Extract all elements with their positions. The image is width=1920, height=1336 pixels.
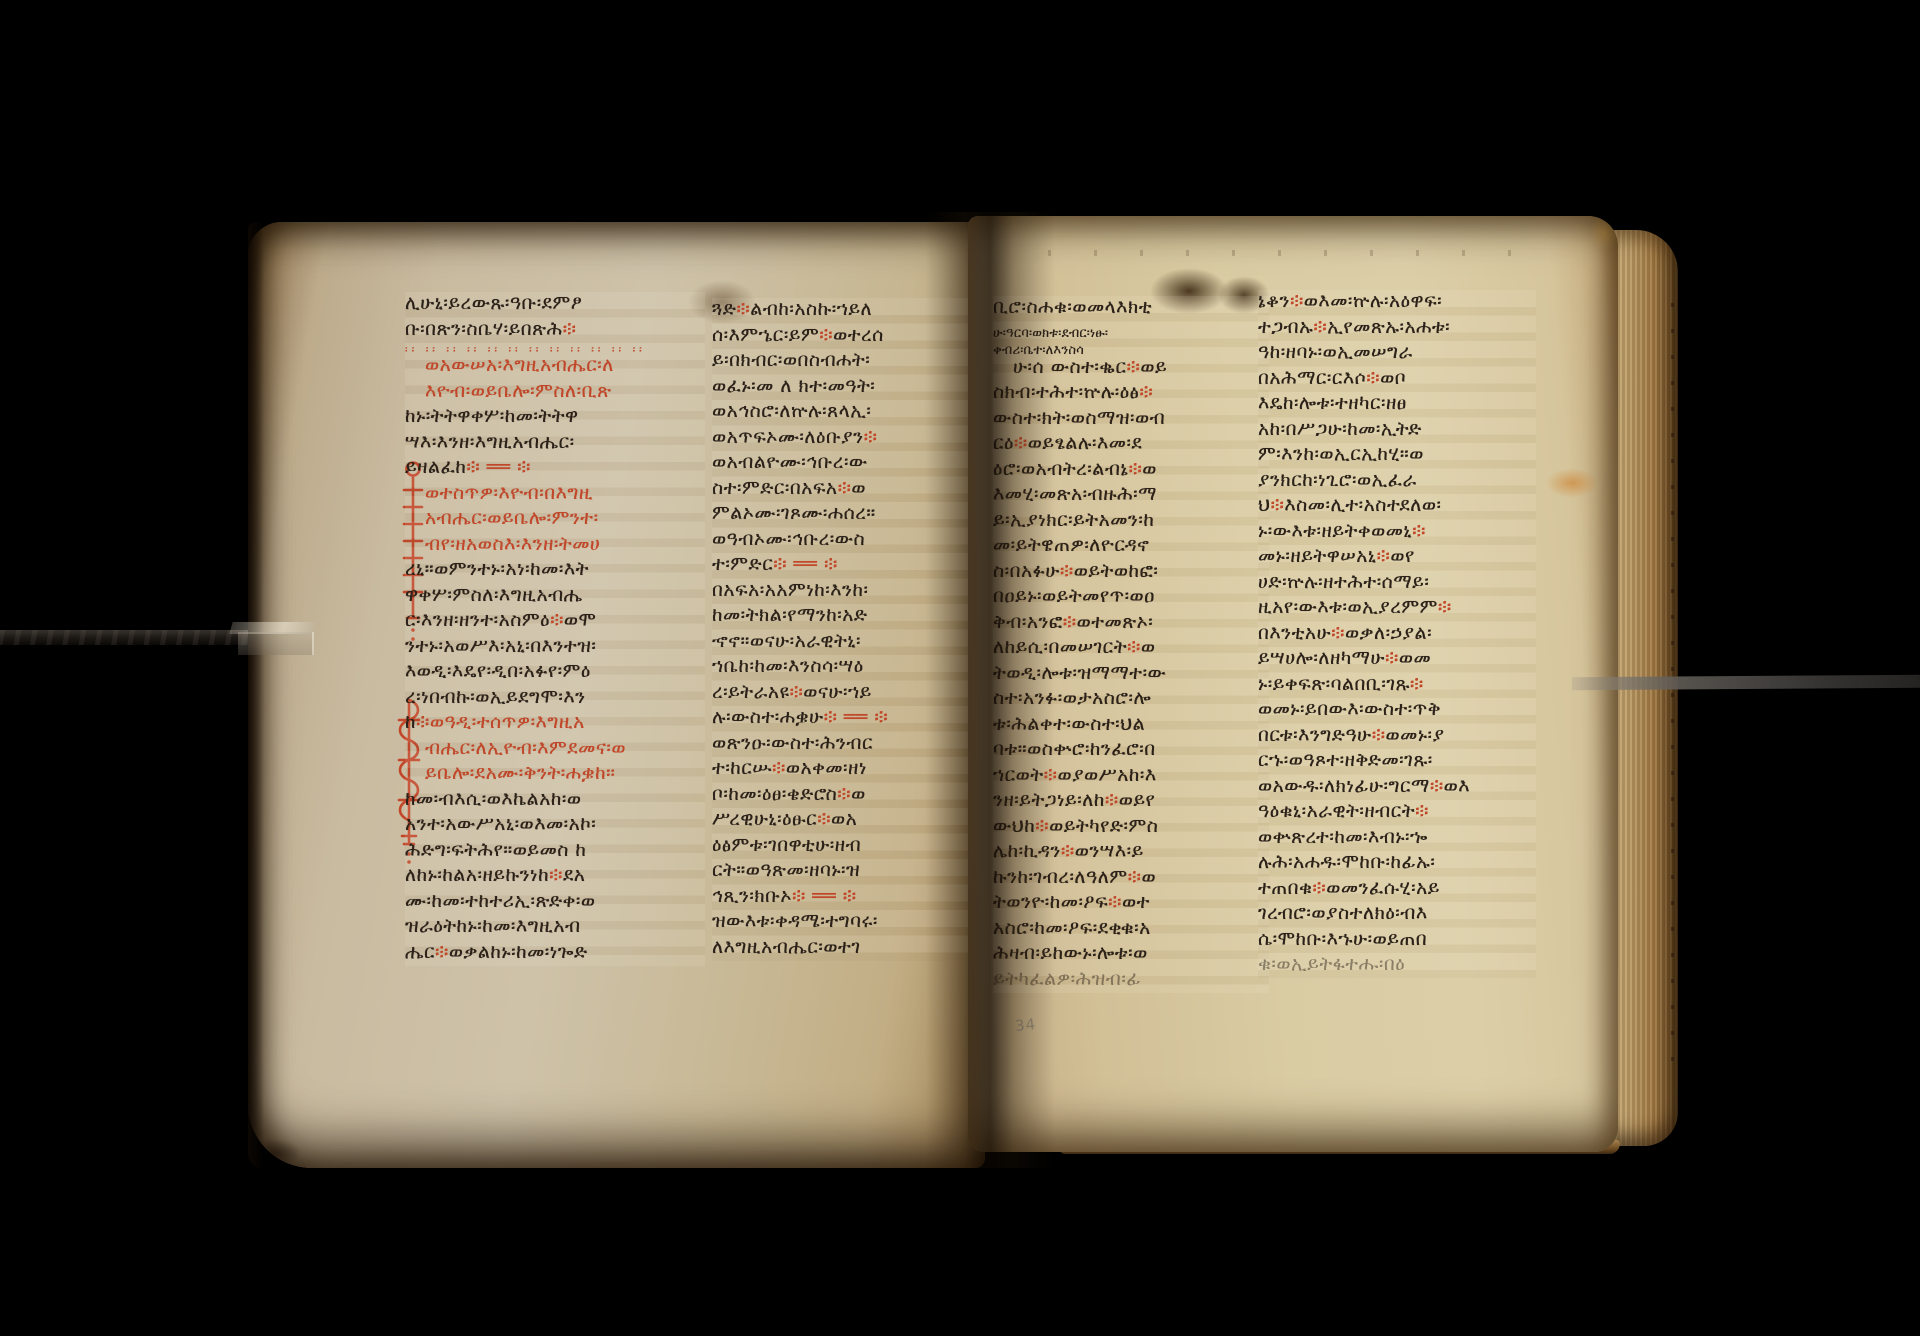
text-line: ይቤሎ፡ደአሙ፡ቅንት፡ሐቌከ። bbox=[425, 762, 705, 788]
ink-text: ዓከ፡ዘባኑ፡ወኢመሠግራ bbox=[1258, 341, 1413, 363]
rubric-text: እዮብ፡ወይቤሎ፡ምስለ፡ቢጽ bbox=[425, 380, 611, 402]
ink-text: ውስተ፡ክት፡ወስማዝ፡ወብ bbox=[993, 407, 1165, 429]
rubric-text: ፨ bbox=[1061, 840, 1075, 862]
ink-text: ወተረሰ bbox=[833, 324, 884, 346]
ink-text: ሕድግ፡ፍትሕየ።ወይመስ ከ bbox=[405, 839, 586, 861]
ink-text: ዚአየ፡ውእቱ፡ወኢያረምም bbox=[1258, 596, 1438, 618]
ink-text: ውህከ bbox=[993, 815, 1035, 837]
page-clip-left-front bbox=[238, 632, 314, 655]
ink-text: ኔቆን bbox=[1258, 290, 1290, 312]
text-line: ውስተ፡ክት፡ወስማዝ፡ወብ bbox=[993, 407, 1269, 433]
text-line: ዓዕቁኒ፡አራዊት፡ዘብርት፨ bbox=[1258, 800, 1536, 826]
text-line: ቡ፡በጽን፡ስቤሃ፡ይበጽሕ፨ bbox=[405, 318, 705, 344]
ink-text: ወዓብኦሙ፡ኅቡረ፡ውስ bbox=[712, 528, 865, 550]
ink-text: ወመኑ፡ይበውእ፡ውስተ፡ጥቅ bbox=[1258, 698, 1441, 720]
text-line: ተጋብኡ፨ኢየመጽኡ፡አሐቱ፡ bbox=[1258, 316, 1536, 342]
text-line: ስተ፡አንፉ፡ወታአስሮ፡ሎ bbox=[993, 687, 1269, 713]
rubric-text: ፨ bbox=[1014, 432, 1028, 454]
text-line: ብሔር፡ለኢዮብ፡እምደመና፡ወ bbox=[425, 737, 705, 763]
rubric-text: ፨ bbox=[1430, 775, 1444, 797]
text-line: ሥረዊሁኒ፡ዕፁር፨ወአ bbox=[712, 808, 980, 834]
right-page: ቢሮ፡ስሐቁ፡ወመላእክቲሁ፡ዓርባ፡ወክቱ፡ደብር፡ነፁ፡ቀብሪ፡ቤተ፡ለእን… bbox=[968, 216, 1618, 1152]
ink-text: ርኁ፡ወዓጾተ፡ዘቅድመ፡ገጹ፡ bbox=[1258, 749, 1433, 771]
text-line: ሴ፡ሞከቡ፡እኁሁ፡ወይጠበ bbox=[1258, 928, 1536, 954]
ink-text: ሉ፡ውስተ፡ሐቌሁ bbox=[712, 706, 824, 728]
text-line: ከመ፡ትክል፡የማንከ፡አድ bbox=[712, 604, 980, 630]
text-line: ረ፡ይትራአዩ፨ወናሁ፡ኀይ bbox=[712, 681, 980, 707]
text-line: ቁ፡ወኢይትፋተሑ፡በዕ bbox=[1258, 953, 1536, 979]
text-line: ወአጥፍኦሙ፡ለዕቡያን፨ bbox=[712, 426, 980, 452]
rubric-text: ፨ bbox=[550, 609, 564, 631]
text-line: ከ፨ወዓዲ፡ተሰጥዎ፡እግዚአ bbox=[405, 711, 705, 737]
ink-text: ወሞ bbox=[564, 609, 597, 631]
rubric-text: ፨ bbox=[563, 318, 577, 340]
ink-text: ረ፡ይትራአዩ bbox=[712, 681, 789, 703]
rubric-text: ፨ bbox=[1377, 545, 1391, 567]
ink-text: ከ bbox=[405, 711, 416, 733]
rubric-text: ብሔር፡ለኢዮብ፡እምደመና፡ወ bbox=[425, 737, 626, 759]
text-line: ተ፡ከርሡ፨ወአቀመ፡ዘነ bbox=[712, 757, 980, 783]
rubric-text: ፨ bbox=[838, 477, 852, 499]
ink-text: እመሂ፡መጽአ፡ብዙሕ፡ማ bbox=[993, 483, 1157, 505]
ink-text: ይዛልፈከ bbox=[405, 456, 466, 478]
text-line: ረኒ።ወምንተኑ፡አነ፡ከመ፡እት bbox=[405, 558, 705, 584]
ink-text: ወያወሥአከ፡እ bbox=[1057, 764, 1156, 786]
ink-text: ኑ፡ይቀፍጽ፡ባልበቢ፡ገጹ bbox=[1258, 673, 1410, 695]
ink-text: ዕሮ፡ወአብትረ፡ልብኔ bbox=[993, 458, 1128, 480]
text-line: ከኑ፡ትትዋቀሦ፡ከመ፡ትትዋ bbox=[405, 405, 705, 431]
ink-text: ኅጺን፡ክቡኦ bbox=[712, 885, 792, 907]
text-line: ወመኑ፡ይበውእ፡ውስተ፡ጥቅ bbox=[1258, 698, 1536, 724]
text-line: ትወዲ፡ሎቱ፡ዝማማተ፡ው bbox=[993, 662, 1269, 688]
rubric-text: ፨ bbox=[1372, 724, 1386, 746]
stain bbox=[1048, 250, 1548, 256]
ink-text: ስ፡በአፉሁ bbox=[993, 560, 1060, 582]
ink-text: ወ bbox=[851, 477, 866, 499]
text-line: ኅጺን፡ክቡኦ፨ ══ ፨ bbox=[712, 885, 980, 911]
text-line: ሊሁኒ፡ይረውጹ፡ዓቡ፡ደምፆ bbox=[405, 292, 705, 318]
ink-text: በአፍአ፡አአምነከ፡እንከ፡ bbox=[712, 579, 868, 601]
text-line: ወአውሠአ፡እግዚአብሔር፡ለ bbox=[425, 354, 705, 380]
rubric-text: አብሔር፡ወይቤሎ፡ምንተ፡ bbox=[425, 507, 599, 529]
ink-text: ሣእ፡እንዘ፡እግዚአብሔር፡ bbox=[405, 431, 575, 453]
text-line: ለእግዚአብሔር፡ወተገ bbox=[712, 936, 980, 962]
ink-text: ወቃለ፡ኃያል፡ bbox=[1345, 622, 1432, 644]
text-line: ንተኑ፡አወሥእ፡አኒ፡በእንተዝ፡ bbox=[405, 635, 705, 661]
rubric-text: ፨ bbox=[1060, 560, 1074, 582]
ink-text: ቡ፡በጽን፡ስቤሃ፡ይበጽሕ bbox=[405, 318, 563, 340]
rubric-text: ይቤሎ፡ደአሙ፡ቅንት፡ሐቌከ። bbox=[425, 762, 615, 784]
ink-text: ለከኑ፡ከልአ፡ዘይኩንነከ bbox=[405, 864, 549, 886]
ink-text: ከኑ፡ትትዋቀሦ፡ከመ፡ትትዋ bbox=[405, 405, 579, 427]
text-line: ወአውዱ፡ለክነፊሁ፡ግርማ፨ወእ bbox=[1258, 775, 1536, 801]
ink-text: ወይፄልሉ፡እመ፡ደ bbox=[1028, 432, 1143, 454]
text-line: ኀቤከ፡ከመ፡እንስሳ፡ሣዕ bbox=[712, 655, 980, 681]
text-line: ሁ፡ዓርባ፡ወክቱ፡ደብር፡ነፁ፡ bbox=[993, 322, 1269, 339]
rubric-text: ፨ bbox=[736, 298, 750, 320]
rubric-text: ፨ bbox=[1331, 622, 1345, 644]
ink-text: ይ፡በክብር፡ወበስብሐት፡ bbox=[712, 349, 870, 371]
rubric-text: ፨ bbox=[1415, 800, 1429, 822]
book-mount-cord bbox=[0, 630, 252, 645]
ink-text: ሁ፡ሰ ውስተ፡ቈር bbox=[1013, 356, 1126, 378]
left-page-column-1: ሊሁኒ፡ይረውጹ፡ዓቡ፡ደምፆቡ፡በጽን፡ስቤሃ፡ይበጽሕ፨፡፡ ፡፡ ፡፡ ፡… bbox=[405, 292, 705, 966]
text-line: እዮብ፡ወይቤሎ፡ምስለ፡ቢጽ bbox=[425, 380, 705, 406]
ink-text: አከ፡በሥጋሁ፡ከመ፡ኢትድ bbox=[1258, 418, 1422, 440]
photograph-background: ሊሁኒ፡ይረውጹ፡ዓቡ፡ደምፆቡ፡በጽን፡ስቤሃ፡ይበጽሕ፨፡፡ ፡፡ ፡፡ ፡… bbox=[0, 0, 1920, 1336]
rubric-text: ፨ bbox=[1128, 458, 1142, 480]
ink-text: ተጋብኡ bbox=[1258, 316, 1313, 338]
ink-text: ይ፡ኢያነክር፡ይትአመን፡ከ bbox=[993, 509, 1154, 531]
ink-text: ቢሮ፡ስሐቁ፡ወመላእክቲ bbox=[993, 296, 1152, 318]
text-line: ሌከ፡ኪዳን፨ወንሣእ፡ይ bbox=[993, 840, 1269, 866]
text-line: ጓድ፨ልብከ፡አስኩ፡ኀይለ bbox=[712, 298, 980, 324]
rubric-text: ፨ bbox=[1063, 611, 1077, 633]
text-line: ርት።ወዓጽመ፡ዘባኑ፡ዝ bbox=[712, 859, 980, 885]
text-line: ገረብሮ፡ወያስተለክዕ፡ብእ bbox=[1258, 902, 1536, 928]
ink-text: ዝውእቱ፡ቀዳሜ፡ተግባሩ፡ bbox=[712, 910, 878, 932]
ink-text: መኑ፡ዘይትዋሠአኒ bbox=[1258, 545, 1377, 567]
text-line: ኑ፡ይቀፍጽ፡ባልበቢ፡ገጹ፨ bbox=[1258, 673, 1536, 699]
text-line: ፡፡ ፡፡ ፡፡ ፡፡ ፡፡ ፡፡ ፡፡ ፡፡ ፡፡ ፡፡ ፡፡ ፡፡ bbox=[405, 343, 705, 354]
text-line: ስተ፡ምድር፡በአፍአ፨ወ bbox=[712, 477, 980, 503]
ink-text: ር፡እንዘ፡ዘንተ፡አስምዕ bbox=[405, 609, 550, 631]
ink-text: ንዘ፡ይትጋነይ፡ለከ bbox=[993, 789, 1105, 811]
rubric-text: ፨ ══ ፨ bbox=[792, 885, 857, 907]
rubric-text: ፨ bbox=[1385, 647, 1399, 669]
ink-text: ወ bbox=[1142, 458, 1157, 480]
left-page: ሊሁኒ፡ይረውጹ፡ዓቡ፡ደምፆቡ፡በጽን፡ስቤሃ፡ይበጽሕ፨፡፡ ፡፡ ፡፡ ፡… bbox=[248, 222, 985, 1168]
text-line: ይሣሀሎ፡ለዘካማሁ፨ወመ bbox=[1258, 647, 1536, 673]
rubric-text: ፨ ══ ፨ bbox=[466, 456, 531, 478]
rubric-text: ፨ bbox=[1271, 494, 1285, 516]
text-line: መ፡ይትዌጠዎ፡ለዮርዳኖ bbox=[993, 534, 1269, 560]
pencil-folio-number: 34 bbox=[1014, 1015, 1037, 1035]
text-line: ይዛልፈከ፨ ══ ፨ bbox=[405, 456, 705, 482]
text-line: ሉ፡ውስተ፡ሐቌሁ፨ ══ ፨ bbox=[712, 706, 980, 732]
ink-text: ወአቀመ፡ዘነ bbox=[786, 757, 867, 779]
page-clip-left bbox=[231, 622, 315, 658]
text-line: ትወንዮ፡ከመ፡ዖፍ፨ወተ bbox=[993, 891, 1269, 917]
text-line: ተጠበቁ፨ወመንፈሱሂ፡አይ bbox=[1258, 877, 1536, 903]
text-line: ኩንከ፡ገብረ፡ለዓለም፨ወ bbox=[993, 866, 1269, 892]
ink-text: ሊሁኒ፡ይረውጹ፡ዓቡ፡ደምፆ bbox=[405, 292, 582, 314]
text-line: ወፈኑ፡መ ለ ክተ፡መዓት፡ bbox=[712, 375, 980, 401]
text-line: ዋቀሦ፡ምስለ፡እግዚአብሔ bbox=[405, 584, 705, 610]
ink-text: ወቦ bbox=[1380, 367, 1406, 389]
text-line: ህ፨እስመ፡ሊተ፡አስተደለወ፡ bbox=[1258, 494, 1536, 520]
text-line: ቦ፡ከመ፡ዕፀ፡ቄድሮስ፨ወ bbox=[712, 783, 980, 809]
ink-text: ኆኖ።ወናሁ፡አራዊትኒ፡ bbox=[712, 630, 861, 652]
text-line: ቱ፡ሕልቀተ፡ውስተ፡ህል bbox=[993, 713, 1269, 739]
rubric-text: ፨ bbox=[1105, 789, 1119, 811]
ink-text: ርት።ወዓጽመ፡ዘባኑ፡ዝ bbox=[712, 859, 860, 881]
text-line: ተ፡ምድር፨ ══ ፨ bbox=[712, 553, 980, 579]
ink-text: ወፈኑ፡መ ለ ክተ፡መዓት፡ bbox=[712, 375, 875, 397]
ink-text: ወቃልከኑ፡ከመ፡ነጐድ bbox=[449, 941, 588, 963]
ink-text: ያንክርከ፡ነጊሮ፡ወኢፈራ bbox=[1258, 469, 1417, 491]
ink-text: ሀድ፡ኵሉ፡ዘተሕተ፡ሰማይ፡ bbox=[1258, 571, 1429, 593]
left-page-column-2: ጓድ፨ልብከ፡አስኩ፡ኀይለሰ፡እምኄር፡ይም፨ወተረሰይ፡በክብር፡ወበስብሐ… bbox=[712, 298, 980, 961]
text-line: ውህከ፨ወይትካየድ፡ምስ bbox=[993, 815, 1269, 841]
text-line: ቅብ፡አንፎ፨ወተመጽኦ፡ bbox=[993, 611, 1269, 637]
ink-text: ረ፡ነበብኩ፡ወኢይደግሞ፡እን bbox=[405, 686, 586, 708]
stain bbox=[1546, 468, 1598, 498]
ink-text: እወዲ፡እዴየ፡ዲበ፡አፉየ፡ምዕ bbox=[405, 660, 591, 682]
text-line: አንተ፡አውሥአኒ፡ወእመ፡አኮ፡ bbox=[405, 813, 705, 839]
rubric-text: ፨ bbox=[789, 681, 803, 703]
ink-text: ሌከ፡ኪዳን bbox=[993, 840, 1061, 862]
text-line: ሀድ፡ኵሉ፡ዘተሕተ፡ሰማይ፡ bbox=[1258, 571, 1536, 597]
text-line: ርኁ፡ወዓጾተ፡ዘቅድመ፡ገጹ፡ bbox=[1258, 749, 1536, 775]
text-line: ኆኖ።ወናሁ፡አራዊትኒ፡ bbox=[712, 630, 980, 656]
rubric-text: ፨ ══ ፨ bbox=[773, 553, 838, 575]
text-line: ያንክርከ፡ነጊሮ፡ወኢፈራ bbox=[1258, 469, 1536, 495]
ink-text: ቱ፡ሕልቀተ፡ውስተ፡ህል bbox=[993, 713, 1145, 735]
ink-text: ወጽንዑ፡ውስተ፡ሕንብር bbox=[712, 732, 873, 754]
text-line: ወተስጥዎ፡እዮብ፡በእግዚ bbox=[425, 482, 705, 508]
ink-text: ወይትወከፎ፡ bbox=[1074, 560, 1159, 582]
ink-text: ባቱ።ወስቍሮ፡ከንፈሮ፡በ bbox=[993, 738, 1156, 760]
ink-text: ሕዛብ፡ይከውኑ፡ሎቱ፡ወ bbox=[993, 942, 1148, 964]
rubric-text: ፨ bbox=[864, 426, 878, 448]
ink-text: ሰ፡እምኄር፡ይም bbox=[712, 324, 819, 346]
ink-text: ለከይሲ፡በመሠገርት bbox=[993, 636, 1127, 658]
ink-text: ስክብ፡ተሕተ፡ኵሉ፡ዕፅ bbox=[993, 381, 1139, 403]
text-line: በዐይኑ፡ወይትመየጥ፡ወዐ bbox=[993, 585, 1269, 611]
text-line: ስክብ፡ተሕተ፡ኵሉ፡ዕፅ፨ bbox=[993, 381, 1269, 407]
rubric-text: ፨ bbox=[1313, 316, 1327, 338]
text-line: ቀብሪ፡ቤተ፡ለእንስሳ bbox=[993, 339, 1269, 356]
ink-text: መ፡ይትዌጠዎ፡ለዮርዳኖ bbox=[993, 534, 1149, 556]
text-line: ወአብልዮሙ፡ኅቡረ፡ው bbox=[712, 451, 980, 477]
rubric-text: ወተስጥዎ፡እዮብ፡በእግዚ bbox=[425, 482, 593, 504]
rubric-text: ፨ bbox=[1127, 636, 1141, 658]
rubric-text: ፨ ══ ፨ bbox=[824, 706, 889, 728]
text-line: ዓከ፡ዘባኑ፡ወኢመሠግራ bbox=[1258, 341, 1536, 367]
text-line: ዕፅምቱ፡ገበዋቲሁ፡ዘብ bbox=[712, 834, 980, 860]
page-clip-right bbox=[1572, 675, 1920, 690]
ink-text: ንተኑ፡አወሥእ፡አኒ፡በእንተዝ፡ bbox=[405, 635, 596, 657]
ink-text: ቅብ፡አንፎ bbox=[993, 611, 1063, 633]
ink-text: ሴ፡ሞከቡ፡እኁሁ፡ወይጠበ bbox=[1258, 928, 1427, 950]
ink-text: ወአ bbox=[831, 808, 857, 830]
rubric-text: ፨ bbox=[1044, 764, 1058, 786]
text-line: ሣእ፡እንዘ፡እግዚአብሔር፡ bbox=[405, 431, 705, 457]
rubric-text: ብየ፡ዘአወስእ፡እንዘ፡ትመሀ bbox=[425, 533, 600, 555]
ink-text: ወ bbox=[851, 783, 866, 805]
text-line: ሉሕ፡አሐዱ፡ሞከቡ፡ከፊኡ፡ bbox=[1258, 851, 1536, 877]
ink-text: እስመ፡ሊተ፡አስተደለወ፡ bbox=[1284, 494, 1441, 516]
ink-text: ይትካፈልዎ፡ሕዝብ፡ፊ bbox=[993, 968, 1141, 990]
rubric-text: ፨ bbox=[1126, 356, 1140, 378]
rubric-text: ፨ bbox=[772, 757, 786, 779]
ink-text: ተ፡ከርሡ bbox=[712, 757, 772, 779]
text-line: ወጽንዑ፡ውስተ፡ሕንብር bbox=[712, 732, 980, 758]
text-line: በአሕማር፡ርእሶ፨ወቦ bbox=[1258, 367, 1536, 393]
text-line: ቢሮ፡ስሐቁ፡ወመላእክቲ bbox=[993, 296, 1269, 322]
ink-text: ሔር bbox=[405, 941, 435, 963]
ink-text: ገረብሮ፡ወያስተለክዕ፡ብእ bbox=[1258, 902, 1428, 924]
ink-text: ወተ bbox=[1122, 891, 1150, 913]
ink-text: ወይ bbox=[1140, 356, 1167, 378]
ink-text: ከመ፡ብእሲ፡ወእኬልአከ፡ወ bbox=[405, 788, 581, 810]
text-line: ኑ፡ውእቱ፡ዘይትቀወመኒ፨ bbox=[1258, 520, 1536, 546]
ink-text: አንተ፡አውሥአኒ፡ወእመ፡አኮ፡ bbox=[405, 813, 596, 835]
text-line: ር፡እንዘ፡ዘንተ፡አስምዕ፨ወሞ bbox=[405, 609, 705, 635]
rubric-text: ፨ bbox=[1290, 290, 1304, 312]
text-line: ይ፡ኢያነክር፡ይትአመን፡ከ bbox=[993, 509, 1269, 535]
right-page-column-1: ቢሮ፡ስሐቁ፡ወመላእክቲሁ፡ዓርባ፡ወክቱ፡ደብር፡ነፁ፡ቀብሪ፡ቤተ፡ለእን… bbox=[993, 296, 1269, 993]
ink-text: ወመ bbox=[1399, 647, 1431, 669]
ink-text: ትወዲ፡ሎቱ፡ዝማማተ፡ው bbox=[993, 662, 1166, 684]
rubric-text: ፨ bbox=[1128, 866, 1142, 888]
rubric-text: ፨ bbox=[819, 324, 833, 346]
ink-text: ወተመጽኦ፡ bbox=[1077, 611, 1154, 633]
rubric-text: ወአውሠአ፡እግዚአብሔር፡ለ bbox=[425, 354, 614, 376]
text-line: ሕዛብ፡ይከውኑ፡ሎቱ፡ወ bbox=[993, 942, 1269, 968]
rubric-text: ፨ bbox=[1035, 815, 1049, 837]
ink-text: በእንቲአሁ bbox=[1258, 622, 1331, 644]
ink-text: ሥረዊሁኒ፡ዕፁር bbox=[712, 808, 817, 830]
ink-text: ወ bbox=[1142, 866, 1157, 888]
ink-text: ከመ፡ትክል፡የማንከ፡አድ bbox=[712, 604, 868, 626]
ink-text: ወቍጽረተ፡ከመ፡እብኑ፡ኈ bbox=[1258, 826, 1428, 848]
ink-text: ህ bbox=[1258, 494, 1271, 516]
ink-text: ወይትካየድ፡ምስ bbox=[1049, 815, 1158, 837]
text-line: ይ፡በክብር፡ወበስብሐት፡ bbox=[712, 349, 980, 375]
text-line: በእንቲአሁ፨ወቃለ፡ኃያል፡ bbox=[1258, 622, 1536, 648]
ink-text: ዓዕቁኒ፡አራዊት፡ዘብርት bbox=[1258, 800, 1415, 822]
text-line: ዝውእቱ፡ቀዳሜ፡ተግባሩ፡ bbox=[712, 910, 980, 936]
ink-text: ሉሕ፡አሐዱ፡ሞከቡ፡ከፊኡ፡ bbox=[1258, 851, 1435, 873]
text-line: እወዲ፡እዴየ፡ዲበ፡አፉየ፡ምዕ bbox=[405, 660, 705, 686]
ink-text: ዝራዕትከኑ፡ከመ፡እግዚአብ bbox=[405, 915, 581, 937]
ink-text: ም፡እንከ፡ወኢርኢከሂ።ወ bbox=[1258, 443, 1424, 465]
ink-text: ወይየ bbox=[1119, 789, 1156, 811]
ink-text: ሙ፡ከመ፡ተከተሪኢ፡ጽድቀ፡ወ bbox=[405, 890, 596, 912]
ink-text: ወንሣእ፡ይ bbox=[1075, 840, 1144, 862]
text-line: ርዕ፨ወይፄልሉ፡እመ፡ደ bbox=[993, 432, 1269, 458]
ink-text: በአሕማር፡ርእሶ bbox=[1258, 367, 1366, 389]
text-line: ምልኦሙ፡ገጾሙ፡ሐሰረ። bbox=[712, 502, 980, 528]
text-line: ዕሮ፡ወአብትረ፡ልብኔ፨ወ bbox=[993, 458, 1269, 484]
rubric-text: ፨ bbox=[1312, 877, 1326, 899]
ink-text: ቦ፡ከመ፡ዕፀ፡ቄድሮስ bbox=[712, 783, 837, 805]
ink-text: ቁ፡ወኢይትፋተሑ፡በዕ bbox=[1258, 953, 1405, 975]
ink-text: አስሮ፡ከመ፡ዖፍ፡ደቂቁ፡አ bbox=[993, 917, 1151, 939]
text-line: እዴከ፡ሎቱ፡ተዘካር፡ዘፀ bbox=[1258, 392, 1536, 418]
text-line: ሔር፨ወቃልከኑ፡ከመ፡ነጐድ bbox=[405, 941, 705, 967]
text-line: ዝራዕትከኑ፡ከመ፡እግዚአብ bbox=[405, 915, 705, 941]
ink-text: ዋቀሦ፡ምስለ፡እግዚአብሔ bbox=[405, 584, 583, 606]
ink-text: ኀርወት bbox=[993, 764, 1044, 786]
ink-text: ይሣሀሎ፡ለዘካማሁ bbox=[1258, 647, 1385, 669]
ink-text: ዕፅምቱ፡ገበዋቲሁ፡ዘብ bbox=[712, 834, 861, 856]
ink-text: በርቱ፡እንግድዓሁ bbox=[1258, 724, 1372, 746]
text-line: አብሔር፡ወይቤሎ፡ምንተ፡ bbox=[425, 507, 705, 533]
text-line: በርቱ፡እንግድዓሁ፨ወመኑ፡ያ bbox=[1258, 724, 1536, 750]
rubric-text: ፨ወዓዲ፡ተሰጥዎ፡እግዚአ bbox=[416, 711, 585, 733]
rubric-text: ፨ bbox=[837, 783, 851, 805]
ink-text: ኩንከ፡ገብረ፡ለዓለም bbox=[993, 866, 1128, 888]
rubric-text: ፨ bbox=[817, 808, 831, 830]
text-line: ስ፡በአፉሁ፨ወይትወከፎ፡ bbox=[993, 560, 1269, 586]
rubric-text: ፨ bbox=[549, 864, 563, 886]
ink-text: ርዕ bbox=[993, 432, 1014, 454]
text-line: ዚአየ፡ውእቱ፡ወኢያረምም፨ bbox=[1258, 596, 1536, 622]
ink-text: ወመንፈሱሂ፡አይ bbox=[1326, 877, 1440, 899]
ink-text: እዴከ፡ሎቱ፡ተዘካር፡ዘፀ bbox=[1258, 392, 1407, 414]
text-line: ባቱ።ወስቍሮ፡ከንፈሮ፡በ bbox=[993, 738, 1269, 764]
text-line: ሁ፡ሰ ውስተ፡ቈር፨ወይ bbox=[1013, 356, 1269, 382]
ink-text: ስተ፡ምድር፡በአፍአ bbox=[712, 477, 838, 499]
text-line: አስሮ፡ከመ፡ዖፍ፡ደቂቁ፡አ bbox=[993, 917, 1269, 943]
text-line: ኔቆን፨ወእመ፡ኵሉ፡አዕዋፍ፡ bbox=[1258, 290, 1536, 316]
text-line: ወዓብኦሙ፡ኅቡረ፡ውስ bbox=[712, 528, 980, 554]
ink-text: ወናሁ፡ኀይ bbox=[803, 681, 872, 703]
text-line: እመሂ፡መጽአ፡ብዙሕ፡ማ bbox=[993, 483, 1269, 509]
text-line: ወቍጽረተ፡ከመ፡እብኑ፡ኈ bbox=[1258, 826, 1536, 852]
text-line: ብየ፡ዘአወስእ፡እንዘ፡ትመሀ bbox=[425, 533, 705, 559]
ink-text: ተጠበቁ bbox=[1258, 877, 1312, 899]
text-line: ወአኅስሮ፡ለኵሉ፡ጸላኢ፡ bbox=[712, 400, 980, 426]
ink-text: ኢየመጽኡ፡አሐቱ፡ bbox=[1327, 316, 1450, 338]
ink-text: ወ bbox=[1141, 636, 1156, 658]
rubric-text: ፨ bbox=[1108, 891, 1122, 913]
ink-text: በዐይኑ፡ወይትመየጥ፡ወዐ bbox=[993, 585, 1155, 607]
ink-text: ረኒ።ወምንተኑ፡አነ፡ከመ፡እት bbox=[405, 558, 589, 580]
ink-text: ወየ bbox=[1390, 545, 1414, 567]
rubric-text: ፨ bbox=[1366, 367, 1380, 389]
text-line: ከመ፡ብእሲ፡ወእኬልአከ፡ወ bbox=[405, 788, 705, 814]
rubric-text: ፨ bbox=[1410, 673, 1424, 695]
ink-text: ተ፡ምድር bbox=[712, 553, 773, 575]
text-line: ም፡እንከ፡ወኢርኢከሂ።ወ bbox=[1258, 443, 1536, 469]
ink-text: ኑ፡ውእቱ፡ዘይትቀወመኒ bbox=[1258, 520, 1412, 542]
ink-text: ምልኦሙ፡ገጾሙ፡ሐሰረ። bbox=[712, 502, 876, 524]
ink-text: ወእመ፡ኵሉ፡አዕዋፍ፡ bbox=[1304, 290, 1442, 312]
text-line: መኑ፡ዘይትዋሠአኒ፨ወየ bbox=[1258, 545, 1536, 571]
ink-text: ስተ፡አንፉ፡ወታአስሮ፡ሎ bbox=[993, 687, 1151, 709]
text-line: ለከይሲ፡በመሠገርት፨ወ bbox=[993, 636, 1269, 662]
text-line: ይትካፈልዎ፡ሕዝብ፡ፊ bbox=[993, 968, 1269, 994]
ink-text: ለእግዚአብሔር፡ወተገ bbox=[712, 936, 861, 958]
ink-text: ትወንዮ፡ከመ፡ዖፍ bbox=[993, 891, 1108, 913]
ink-text: ደአ bbox=[563, 864, 586, 886]
text-line: በአፍአ፡አአምነከ፡እንከ፡ bbox=[712, 579, 980, 605]
ink-text: ጓድ bbox=[712, 298, 736, 320]
text-line: ሙ፡ከመ፡ተከተሪኢ፡ጽድቀ፡ወ bbox=[405, 890, 705, 916]
ink-text: ልብከ፡አስኩ፡ኀይለ bbox=[750, 298, 872, 320]
text-line: ሰ፡እምኄር፡ይም፨ወተረሰ bbox=[712, 324, 980, 350]
text-line: ለከኑ፡ከልአ፡ዘይኩንነከ፨ደአ bbox=[405, 864, 705, 890]
ink-text: ወአውዱ፡ለክነፊሁ፡ግርማ bbox=[1258, 775, 1430, 797]
ink-text: ወመኑ፡ያ bbox=[1386, 724, 1445, 746]
right-page-column-2: ኔቆን፨ወእመ፡ኵሉ፡አዕዋፍ፡ተጋብኡ፨ኢየመጽኡ፡አሐቱ፡ዓከ፡ዘባኑ፡ወኢ… bbox=[1258, 290, 1536, 979]
text-line: ሕድግ፡ፍትሕየ።ወይመስ ከ bbox=[405, 839, 705, 865]
rubric-text: ፨ bbox=[435, 941, 449, 963]
text-line: አከ፡በሥጋሁ፡ከመ፡ኢትድ bbox=[1258, 418, 1536, 444]
ink-text: ኀቤከ፡ከመ፡እንስሳ፡ሣዕ bbox=[712, 655, 864, 677]
ink-text: ወአብልዮሙ፡ኅቡረ፡ው bbox=[712, 451, 868, 473]
text-line: ንዘ፡ይትጋነይ፡ለከ፨ወይየ bbox=[993, 789, 1269, 815]
text-line: ኀርወት፨ወያወሥአከ፡እ bbox=[993, 764, 1269, 790]
rubric-text: ፨ bbox=[1438, 596, 1452, 618]
text-line: ረ፡ነበብኩ፡ወኢይደግሞ፡እን bbox=[405, 686, 705, 712]
rubric-text: ፨ bbox=[1412, 520, 1426, 542]
ink-text: ወአኅስሮ፡ለኵሉ፡ጸላኢ፡ bbox=[712, 400, 871, 422]
